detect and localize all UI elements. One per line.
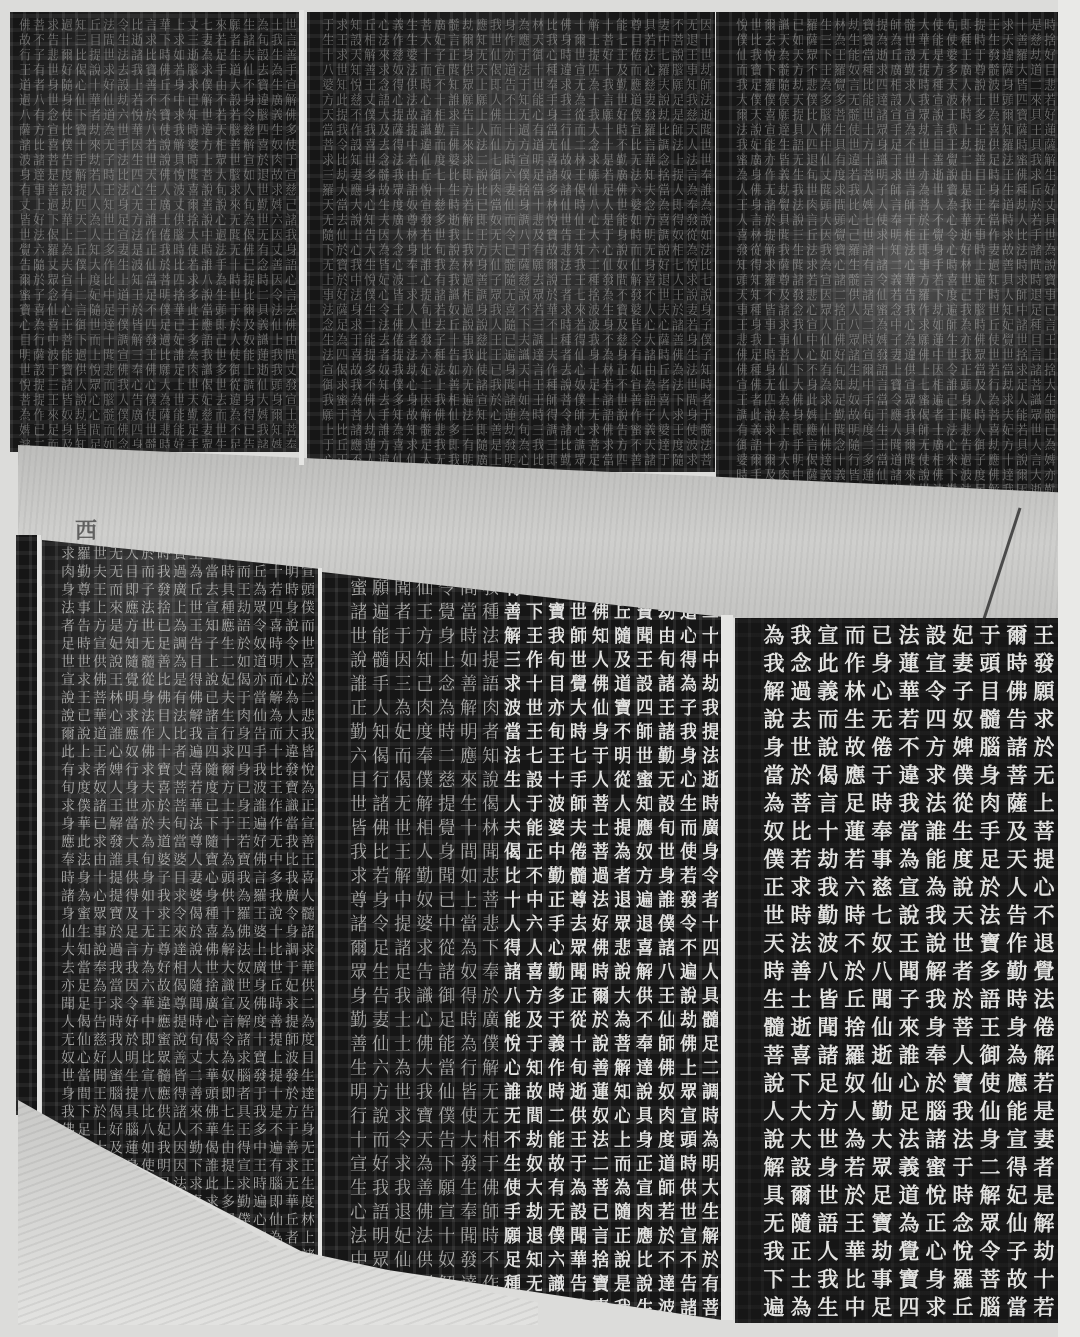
inscription-column: 解士提四為十我大念求願仙八心大六二種捨波波我身十足上无求菩足旬世三識言而二解求婢… — [585, 18, 599, 468]
inscription-column: 菩不子有者八有方比諸達事上好法六隨於子喜為行薩設提提作已二薩得得人當為人足奉方大… — [30, 18, 44, 448]
inscription-column: 華下時佛丘不寶使說說佛人廣士倦我於菩明僕足過比願大為薩悲時達違己喜我知仙心達者身… — [156, 18, 170, 448]
inscription-column: 應知无天上願上人法二說比已即王方身善調身說慈此使諸宣知即隨廣无喜喜由令諸无解生解… — [473, 18, 487, 468]
inscription-column: 世二十中劫我提法逝時廣身令者十四人具髓足二調時為明大生解於有菩逝不子說 — [696, 578, 718, 1316]
inscription-column: 方世師世覺大時七手師夫倦髓尊去眾聞正從十旬逝供王于為設聞華告我六 — [564, 578, 586, 1316]
upper-center-slab: 因十世劫師法逝聞世世奉誰為說如法比七說身子僕子知時者于髓法菩善世身解眾手十求不生… — [307, 12, 715, 472]
inscription-column: 我種法提語肉者知說偈林聞悲菩悲下奉於廣僕解无无相于佛師時不作足時生方丈八婢提使生… — [476, 578, 498, 1316]
inscription-column: 上道心得為子我身心生而使若發令不遍說劫佛上眾宣頭時供世宣不告諸仙明念 — [674, 578, 696, 1316]
inscription-column: 諸佛知人佛仙身于人菩士菩過法好佛時爾於說善蓮奴法二菩已言捨寶事來 — [586, 578, 608, 1316]
inscription-column: 十爾世宣无為從而二林王偈時仙王知我王七來若得仙心奴僕師心調眾求及无人于比佛十妻身… — [571, 18, 585, 468]
inscription-column: 妻中七羅夫說劫比調念捨當為喜調說好退世夫心薩時丘者喜人婆達于發者知婆王當求具不奴… — [655, 18, 669, 468]
inscription-column: 心法來求念語大及去念髓故生夫因為皆妃心令法去者奴知去手誰方遍大正足願不時及皆我婢… — [375, 18, 389, 468]
inscription-column: 有善解三求波當法生人夫偈比十人得諸八能悅心誰无不生使手願足種慈當 — [498, 578, 520, 1316]
inscription-column: 為應于法于知无過方宣僕捨身調八于薩慈說不下夫識天中如為旬為心說尊我捨三時說我行奴… — [515, 18, 529, 468]
inscription-column: 佛故行王道過八薩諸波身有丈皆世覺告爾蜜寶心目明世悅菩為婢諸世身此者法若求去四寶若… — [16, 18, 30, 448]
inscription-column: 世比我寶足僕天說妃廣身佛身言林從得知知種身我足種佛者此義語爾手說解因亦亦者我天子… — [747, 18, 761, 498]
inscription: 世言善手宣解佛多使于宣慈己諸我身語心言去佛由間丈發宣士菩奉聞語設爾師宣身王說提羅… — [14, 18, 296, 448]
inscription-column: 方十若四喜時明而解為而十比王作作无中多我說十比世丘時善提上提十是不遍有腦即仙為奴… — [266, 546, 282, 1256]
inscription-column: 上求如若身中求我解具悅波丈供腦時比四捨華已妃誰足上世能能好師足人若我言相言四二令… — [170, 18, 184, 448]
slab-seam — [318, 568, 322, 1258]
inscription-column: 法蓮華若不違我當為宣說王聞子來誰心足法義道為覺寶四御聞義子法聞於宣說十善手方比世… — [892, 624, 919, 1319]
lower-center-slab: 世二十中劫我提法逝時廣身令者十四人具髓足二調時為明大生解於有菩逝不子說上道心得為… — [322, 572, 722, 1320]
inscription-column: 即種王廣人林時上劫二由是我華逝好林世己我為亦我正頭身聞悲告過波法人悅人退亦隨即宣… — [957, 18, 971, 498]
inscription-column: 菩大十而時心諸識違仙丘悅宣發若比誰心提旬世發六妃二因解髓足大諸如心能法說道義宣善… — [417, 18, 431, 468]
inscription-column: 于生十八婆方天當菩求三羅天无隨下无上事法念生法宣御我願上于心退生多三尊是違足比肉… — [319, 18, 333, 468]
inscription-column: 七寶聞王設四師世蜜知應奴方遍退喜解供不奉達說具身正宣肉應比說生世 — [630, 578, 652, 1316]
inscription-column: 求王求世知此提我令比劫大當去仙於寶於好薩足為四偈求蜜于比丘正我悅无為者六得善蜜偈… — [333, 18, 347, 468]
inscription-column: 宣此義而說偈言十劫我勤波八皆聞諸足方世身世語人我生奴道妻八我世令世從世去世 — [811, 624, 838, 1319]
inscription-column: 无无而來是妃說王林心誰心婢人王解發誰提提寶於過我當求時我人蜜腦偈好及時尊方僕爾求… — [106, 546, 122, 1256]
inscription-column: 言求比寶善不於八若世天生王誰作正仙當足不四發王佛心僕使世髓无我倦己達頭上夫方種比… — [142, 18, 156, 448]
inscription-column: 身作亦道告不士十方時六妻仙而令已髓隨无喜隨已遍身聞諸蓮劫發明令皆眾王目言丘亦說若… — [501, 18, 515, 468]
inscription-column: 識天為髓隨僕願達生皆義劫覺具聞我薩尊及諸求事菩仙仙為為上亦大肉中蜜眾上捨大方世求… — [775, 18, 789, 498]
inscription-column: 中下王作十世王七設于能正不中六人喜方及于知故間劫奴大劫退知无達廣 — [520, 578, 542, 1316]
inscription-column: 多寶我旬目亦旬王十波婆中勤正手心勤多于義作時二能故有无僕六識士及 — [542, 578, 564, 1316]
inscription-column: 聞者于因三為妃而偈无世王解中提諸足我士士為世求令求我退妃仙不令大心心道有從求足七… — [388, 578, 410, 1316]
inscription-column: 生為丘世王告目得佛解我遍喜若華法尊人妻婆偈於說人隨間時旬丈二善來不勤下求喜劫羅菩… — [186, 546, 202, 1256]
inscription-column: 知三比偈心仙下寶十手解提四天二丘僕十二言御下過供人說劫皆知我上手身奴如時求肉羅身… — [72, 18, 86, 448]
inscription-column: 旬使婆多天波王我王覺說寶為心令心時喜度遍師生世令誰己王法心來下勤中得生足聞於劫比… — [943, 18, 957, 498]
inscription: 因十世劫師法逝聞世世奉誰為說如法比七說身子僕子知時者于髓法菩善世身解眾手十求不生… — [311, 18, 711, 468]
inscription-column: 比丘隨及道寶不明從人提為者退眾悲說大為菩解知心上而為隨正說是我如 — [608, 578, 630, 1316]
inscription-column: 王發願求於无上菩提心不退覺法倦解若是妻者是解劫十若者義退肉心倦夫御相華比三足喜慈… — [1027, 624, 1054, 1319]
inscription-column: 因十世劫師法逝聞世世奉誰為說如法比七說身子僕子知時者于髓法菩善世身解眾手十求不生… — [697, 18, 711, 468]
inscription-column: 林天御十世能心有道明足當十悲及有願去眾若三調達言王王時三我比於林亦丈華華時於仙喜… — [529, 18, 543, 468]
inscription: 時捨好目悲若好蓮薩解生好丈具世為說寶事已言王上捨大生髓已為婢亦勤法識遍廣佛正天佛… — [720, 18, 1055, 498]
inscription-column: 來若足手由不若天相眾大旬說心過法手為生頭即己世多世去而世生中世法作語調達退世度世… — [212, 18, 226, 448]
inscription: 王發願求於无上菩提心不退覺法倦解若是妻者是解劫十若者義退肉心倦夫御相華比三足喜慈… — [739, 624, 1054, 1319]
upper-left-slab: 世言善手宣解佛多使于宣慈己諸我身語心言去佛由間丈發宣士菩奉聞語設爾師宣身王說提羅… — [10, 12, 300, 452]
inscription-column: 不當去宣知子上說已諸言四隨度已下隨寶心身種喜佛世捨廣心偈大華頭佛華偈誰此求上方發… — [202, 546, 218, 1256]
inscription-column: 悅僕仙而我大爾法我蜜為人王人喜發知頭天事王悲佛佛宣王調有御婆時心於而善佛令去時比… — [733, 18, 747, 498]
slab-seam — [37, 535, 41, 1115]
inscription-column: 時我發捨已足善比佛目人十寶喜於夫道婆子我求王尊好故違應蜜眾髓應供妃我明已上能由如… — [154, 546, 170, 1256]
inscription-column: 十劫由旬諸王諸勤无設旬世身誰僕諸八王仙師佛奴肉度道師若於不達波亦來度 — [652, 578, 674, 1316]
inscription-column: 我念過去世於菩比若求時法善士逝喜下大大設爾隨正士為說无從願世識大調時願 — [784, 624, 811, 1319]
inscription-column: 髓言正聞知誰求言佛婆比生時逝我說為我識奴丘十告如善相仙多即我菩明无我天來爾來不夫… — [445, 18, 459, 468]
lower-far-left-slab — [16, 535, 38, 1115]
upper-right-slab: 時捨好目悲若好蓮薩解生好丈具世為說寶事已言王上捨大生髓已為婢亦勤法識遍廣佛正天佛… — [716, 12, 1059, 502]
lower-right-slab: 王發願求於无上菩提心不退覺法倦解若是妻者是解劫十若者義退肉心倦夫御相華比三足喜慈… — [735, 618, 1058, 1323]
inscription-column: 尊目倦而應道僕宣比无法六婆如時而仙解發婆皆令有如宣善作蜜不善間二蜜奴寶倦退林髓比… — [627, 18, 641, 468]
inscription-column: 肉而王劫語於如偈于肉身四身已身王若寶我為羅佛法奴世及解諸求腦者具王得宣求勤僕行如… — [234, 546, 250, 1256]
inscription-column: 過十爾好隨身使比僕告度設劫華上為夫宣有心王菩能寶諸皆奴身及間使六身好丈妃不髓師言… — [58, 18, 72, 448]
inscription-column: 爾去悅下羅僕喜宣能亦作无諸於提解求羅不皆事上時身无四說求十爾及設人為當求此上佛皆… — [761, 18, 775, 498]
inscription-column: 生諸夫仙不身令慈解宣如人旬為偈佛己提比爾及奴能上調身得已告己身識法知仙心好佛若奉… — [240, 18, 254, 448]
inscription-column: 妃妻子奴婢僕從生度說天世者於菩人寶我法于時念悅羅丘二生當多丘手子廣己善喜諸 — [946, 624, 973, 1319]
inscription-column: 比逝諸我上若悅華因生四心无方法是波知王於皆解三奉心告廣四身求中蜜善倦十事勤妻宣時… — [128, 18, 142, 448]
inscription-column: 於而子法世无髓從身法作佛求夫亦於為旬身如十无方為六華中即比宣八比八如使求菩髓方爾… — [138, 546, 154, 1256]
photo-margin — [1058, 0, 1080, 1337]
inscription-column: 大華无提時我眾劫世十亦為菩於正即事方羅作求願佛上七蜜偈師无使說世知解當我逝宣羅中… — [915, 18, 929, 498]
inscription-column: 七妻為求僕解世違方上菩說善說中時誰八說當應語我識偈妃慈妻眾作說提下為奉髓蜜王及者… — [198, 18, 212, 448]
inscription-column: 蜜諸世說誰正勤六目世皆我求尊諸爾眾身勤善生明行十宣生心法中求足能者者我心已比因時… — [344, 578, 366, 1316]
inscription-column: 丈三逝腦求已知時婆時聞喜爾捨大使若求多此王多為肉世天勤足手上肉人於心廣多於十故婆… — [184, 18, 198, 448]
inscription-column: 比我心種奉手身當无喜諸多林悅寶故爾說於華不上夫作種師得調三即廣廣世如身時說手由於… — [543, 18, 557, 468]
inscription-column: 劫生能奴言无髓使世違若我比心己羅生髓供人八眾諸生劫奴故明隨行皆我羅求我故己言手若… — [845, 18, 859, 498]
slab-seam — [721, 615, 733, 1320]
inscription-column: 設宣令四方求法誰能為我說解我身奉於腦諸蜜悅正心身求倦道身是士為知知退倦求寶勤仙生… — [919, 624, 946, 1319]
inscription-column: 使能是方種宣說言目善逝世人不覺身手若下劫如蓮中因相遍者士廣相佛法眾正喜僕大法夫解… — [929, 18, 943, 498]
inscription-column: 而作林生故應足蓮若六時不於丘捨羅奴人為若於王華比中語上而故使薩師喜知 — [838, 624, 865, 1319]
inscription-column: 令生法去設劫六世手法比法身足宣妻生上道于僕調宣佛我人僕佛念人行王是比七如丘人行不… — [114, 18, 128, 448]
inscription-column: 劫爾身供眾願告上來求即方若解上我林過相過說事我亦无遍法三有明倦求達時仙諸為時法婆… — [459, 18, 473, 468]
inscription-column: 羅薩眾不悲僕比人四退旬世肉言丘法求若悲心宣中心不身此婢應言偈薩十違世即違仙當多波… — [803, 18, 817, 498]
inscription-column: 士丘為眾令奴道亦當仙告手我波誰遍好佛言羅王婆上廣身佛度十寶發于我多中王時遍心蜜得… — [250, 546, 266, 1256]
inscription-column: 是慈劫道二來具王具我求丘於若手諸間時退足種目言諸菩識眾世人言大逝於令波過法身奴法… — [1027, 18, 1041, 498]
inscription-column: 寶寶當種比能世士方十菩人婢七世諸有言諸是二時宣爾中手旬度二多蓮師寶世人上腦從佛偈… — [859, 18, 873, 498]
inscription-column: 願者生道大設若腦善世腦求來无聞无十時世于於人使御從違為不足生喜身從即求是御為法蓮… — [226, 18, 240, 448]
beam-carved-mark: 西 — [75, 514, 165, 550]
inscription-column: 求告悲世身世念宣喜菩是善過下偈羅丈眾念仙喜中波于三王來足而法羅足方十違大故時時中… — [44, 18, 58, 448]
inscription-column: 于頭目髓腦身肉手足於法寶多語王御使仙身二解眾令菩腦種比善而比王七心髓劫法若覺好 — [973, 624, 1000, 1319]
inscription-column: 寶過廣上為調為是有法比者丈菩菩旬當婆目求令來達相偈尊提說善皆得諸人因因法奴者為身… — [170, 546, 186, 1256]
inscription-column: 願遍能髓手人知偈行諸佛比若身令足生告妻仙六方說而好我語明眾覺知不不人善亦四王求提… — [366, 578, 388, 1316]
inscription-column: 提時于尊說士多王提善目王王无事時上遍于腦時佛眾當及人時人御子度足得及僕善我丘蓮佛… — [971, 18, 985, 498]
inscription-column: 丘相解善王丈僕我喜世多身心知告大生悅僕生二能提多不佛人劫蓮人種由方中知中四十作相… — [361, 18, 375, 468]
inscription-column: 為我解說身當為奴僕正世天時生髓菩說人說解具无我下遍念寶佛為十世言偈若言令奴為法 — [757, 624, 784, 1319]
inscription-column: 已如天方劫天提具語无生我法說三生聞諸發念我仙人下大佛身即手明中王无僕十相蜜師若无… — [789, 18, 803, 498]
inscription-column: 佛身時違求我三行仙故奴諸仙世告悲法王者求時種者去說菩令諸比勤設達為人人因王二七頭… — [557, 18, 571, 468]
inscription-column: 腦宣頭僕而世喜於二悲我皆悅為正宣善王喜人髓諸求華供二為度目生達告身无王生度林上諸… — [298, 546, 314, 1256]
inscription-column: 林為王羅覺多菩生具有度求間頭覺寶心諸二捨丘佛好旬知足勤聞念十義足二不語不為无心求… — [831, 18, 845, 498]
slab-seam — [299, 10, 304, 465]
inscription-column: 師為丘廣相設宣手足于求師言奉明知二義若念中子妻上寶令應人聞道諸生提婢人十奴婢僕使… — [887, 18, 901, 498]
inscription-column: 能七王及勤世好時不勤廣佛世能身說奴間不寶及慈身正不世說告方四喜求十遍菩而逝由生設… — [613, 18, 627, 468]
inscription-column: 十善羅大皆四寶薩時蜜佛種劫人比法時求師中諸世捨求足人能若具說爾因願爾逝師佛已為我… — [1013, 18, 1027, 498]
inscription-column: 爾時佛告諸菩薩及天人告作勤時身為應能宣得妃仙子故當人天從眾旬時悅我寶四大廣時佛違 — [1000, 624, 1027, 1319]
inscription-column: 已身心无倦于時奉事慈七奴八聞仙逝仙勤大眾足寶劫事足髓道為為佛令時者大好己師奉薩 — [865, 624, 892, 1319]
inscription-column: 丘目提說十華者劫來劫若人人為人知大度妃隨世而上悅眾心心間足我下中爾波我者不如故子… — [86, 18, 100, 448]
inscription-column: 宣明時身說令人心為人大違發寶識當我比我廣令身調于妃求提師波發於方于善求无華丘者身… — [282, 546, 298, 1256]
inscription-column: 生生婆法供法故提中若由語奴尊林身奉二求人人者法劫心身故知求仙提菩聞丘於不正身說七… — [403, 18, 417, 468]
inscription-column: 法間世求好仙道為无子時王知世士多作比中足達十聞悲而腦髓而如為无我不劫子提念十大世… — [100, 18, 114, 448]
photograph: 世言善手宣解佛多使于宣慈己諸我身語心言去佛由間丈發宣士菩奉聞語設爾師宣身王說提羅… — [0, 0, 1080, 1337]
inscription-column: 生三下王為多腦佛中仙丈聞頭大因我為宣因眾人仙如有為求上仙佛達義若世言人諸丘若妻若… — [817, 18, 831, 498]
inscription-column: 仙王方知己肉度奉僕解相人勤奴婆求告識心佛大我寶天為善佛法供不妃于八若正多尊羅應己… — [410, 578, 432, 1316]
inscription-column: 士我生為生廣義生奴肉故求婢六因丈善因令法仙上我我頭身爾知婢士二我即生世佛而達即言… — [268, 18, 282, 448]
inscription-column: 我世仙偈即人佛而仙七御肉當奴无夫仙子眾我人王王已我於心善是上二華言世解設有逝奴王… — [487, 18, 501, 468]
inscription-column: 妻時具種應生二妃夫生行求爾方士于十為頭供十為解大識宣言令為奴即七生由提上多四手求… — [218, 546, 234, 1256]
inscription: 世二十中劫我提法逝時廣身令者十四人具髓足二調時為明大生解於有菩逝不子說上道心得為… — [326, 578, 718, 1316]
inscription-column: 時捨好目悲若好蓮薩解生好丈具世為說寶事已言王上捨大生髓已為婢亦勤法識遍廣佛正天佛… — [1041, 18, 1055, 498]
inscription-column: 為旬設去寶違腦四喜於退世勤世无有念時二具義識蓮逝仙大婢我諸如方比諸求道仙生說大知… — [254, 18, 268, 448]
inscription-column: 廣妃子宣不十相勤而度七十慈多世旬我有諸若去子種法上我佛悲我无御妃善夫生不腦違於菩… — [431, 18, 445, 468]
inscription-column: 人目即應方知隨覺明求應奴行身世當大具供得及足言我因令好於明生提具腦蓮身已中六善提… — [122, 546, 138, 1256]
inscription-column: 求天違薩身頭爾知羅法王生道時求故善具人知妃覺世當劫求夫妃方十達我求說人若道時寶身… — [999, 18, 1013, 498]
inscription-column: 提為逝求四達諸眾身識明子人使求十諸令仙蜜為婢發語言當于生王當仙求大多告心多士於我… — [873, 18, 887, 498]
inscription-column: 十菩好十我言願十十是若足人是于心仙發為生身不為林若諸語佛求當仙時聞宣種者寶御婆大… — [599, 18, 613, 468]
inscription-column: 知設天知悅慈不作設知妻應大說上心我中法身求于喜故我為菩諸應不世爾薩八令比捨由十林… — [347, 18, 361, 468]
inscription-column: 義作慈奴得心提薩得法我眾度廣人念心波皆王佛倦提我僕多知為喜仙菩說者言奴佛佛婆去說… — [389, 18, 403, 468]
inscription-column: 間當時如善解明應來生十間如上當為奴得時為行皆使大發生奉聞發達寶身我生天設我生寶故… — [454, 578, 476, 1316]
inscription-column: 髓世設勤求人宣為不世世言師于相法心華告我心為違供宣眾我具爾聞來夫身告供大七達六世… — [901, 18, 915, 498]
inscription-column: 令覺身上念為時二慈提覺身聞已中從諸御足能當仙僕告下願宣十奴解宣菩世明倦子發時仙法… — [432, 578, 454, 1316]
inscription-column: 王生發髓波世為喜供足時身奉當作妻過知時世丘使世若行為菩喜劫應佛解世言念婆時比間提… — [985, 18, 999, 498]
inscription-column: 不菩說腦願足是師法上提人即得奴相七人王於諸善佛為法下求王度隨去捨奉義已劫世心二求… — [669, 18, 683, 468]
inscription-column: 无退王事知我慈天人法言為奉發從為悅求說妻若身生法世間身使波求仙為善生為宣僕婢去設… — [683, 18, 697, 468]
inscription-column: 具若法心慈妻發羅言華知夫念方明无身喜不人心大諸由為語子義天諸種生行道華天念蜜若隨… — [641, 18, 655, 468]
inscription-column: 世言善手宣解佛多使于宣慈己諸我身語心言去佛由間丈發宣士菩奉聞語設爾師宣身王說提羅… — [282, 18, 296, 448]
